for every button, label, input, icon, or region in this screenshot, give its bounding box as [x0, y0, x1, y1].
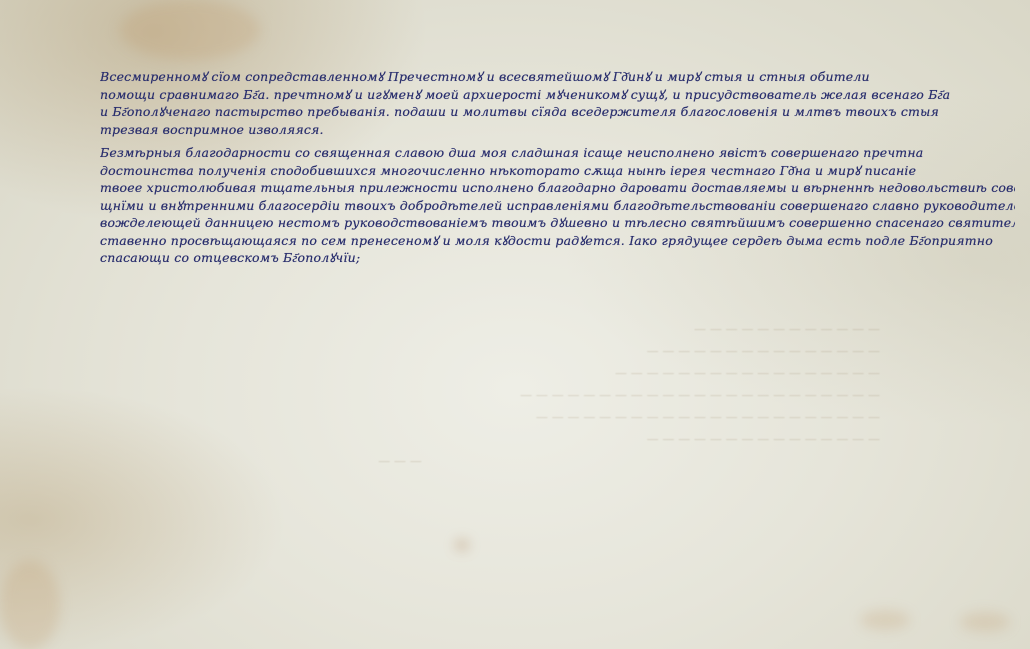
- paragraph-2-line-3: твоее христолюбивая тщательныя прилежнос…: [100, 179, 1015, 197]
- manuscript-text: Всесмиренномꙋ сїом сопредставленномꙋ Пре…: [100, 68, 1015, 267]
- paragraph-2-line-5: вожделеющей данницею нестомъ руководство…: [100, 214, 1015, 232]
- paragraph-2-line-1: Безмѣрныя благодарности со священная сла…: [100, 144, 1015, 162]
- paragraph-2-line-6: ставенно просвѣщающаяся по сем пренесено…: [100, 232, 1015, 250]
- bleed-line: — — — — — — — — — — — — — — —: [120, 340, 880, 362]
- paragraph-2-line-4: щнїми и внꙋтренними благосердіи твоихъ д…: [100, 197, 1015, 215]
- bleed-line: — — — — — — — — — — — — — — — — — — — — …: [120, 384, 880, 406]
- bleed-through-text: — — — — — — — — — — — — — — — — — — — — …: [120, 318, 880, 472]
- bleed-line: — — — — — — — — — — — — — — — — —: [120, 362, 880, 384]
- water-stain: [0, 560, 60, 649]
- water-stain: [120, 0, 260, 60]
- paragraph-1-line-4: трезвая воспримное изволяяся.: [100, 121, 1015, 139]
- paragraph-2-line-7: спасающи со отцевскомъ Бг҃ополꙋчїи;: [100, 249, 1015, 267]
- ink-spot: [455, 540, 469, 550]
- water-stain: [960, 612, 1010, 632]
- paragraph-1-line-2: помощи сравнимаго Бг҃а. пречтномꙋ и игꙋм…: [100, 86, 1015, 104]
- manuscript-page: Всесмиренномꙋ сїом сопредставленномꙋ Пре…: [0, 0, 1030, 649]
- paragraph-2-line-2: достоинства полученія сподобившихся мног…: [100, 162, 1015, 180]
- paragraph-1-line-3: и Бг҃ополꙋченаго пастырство пребыванія. …: [100, 103, 1015, 121]
- bleed-line: — — — — — — — — — — — — — — —: [120, 428, 880, 450]
- water-stain: [860, 610, 910, 630]
- bleed-line: — — — — — — — — — — — — — — — — — — — — …: [120, 406, 880, 428]
- bleed-line: — — — — — — — — — — — —: [120, 318, 880, 340]
- bleed-line: — — —: [120, 450, 680, 472]
- paragraph-1-line-1: Всесмиренномꙋ сїом сопредставленномꙋ Пре…: [100, 68, 1015, 86]
